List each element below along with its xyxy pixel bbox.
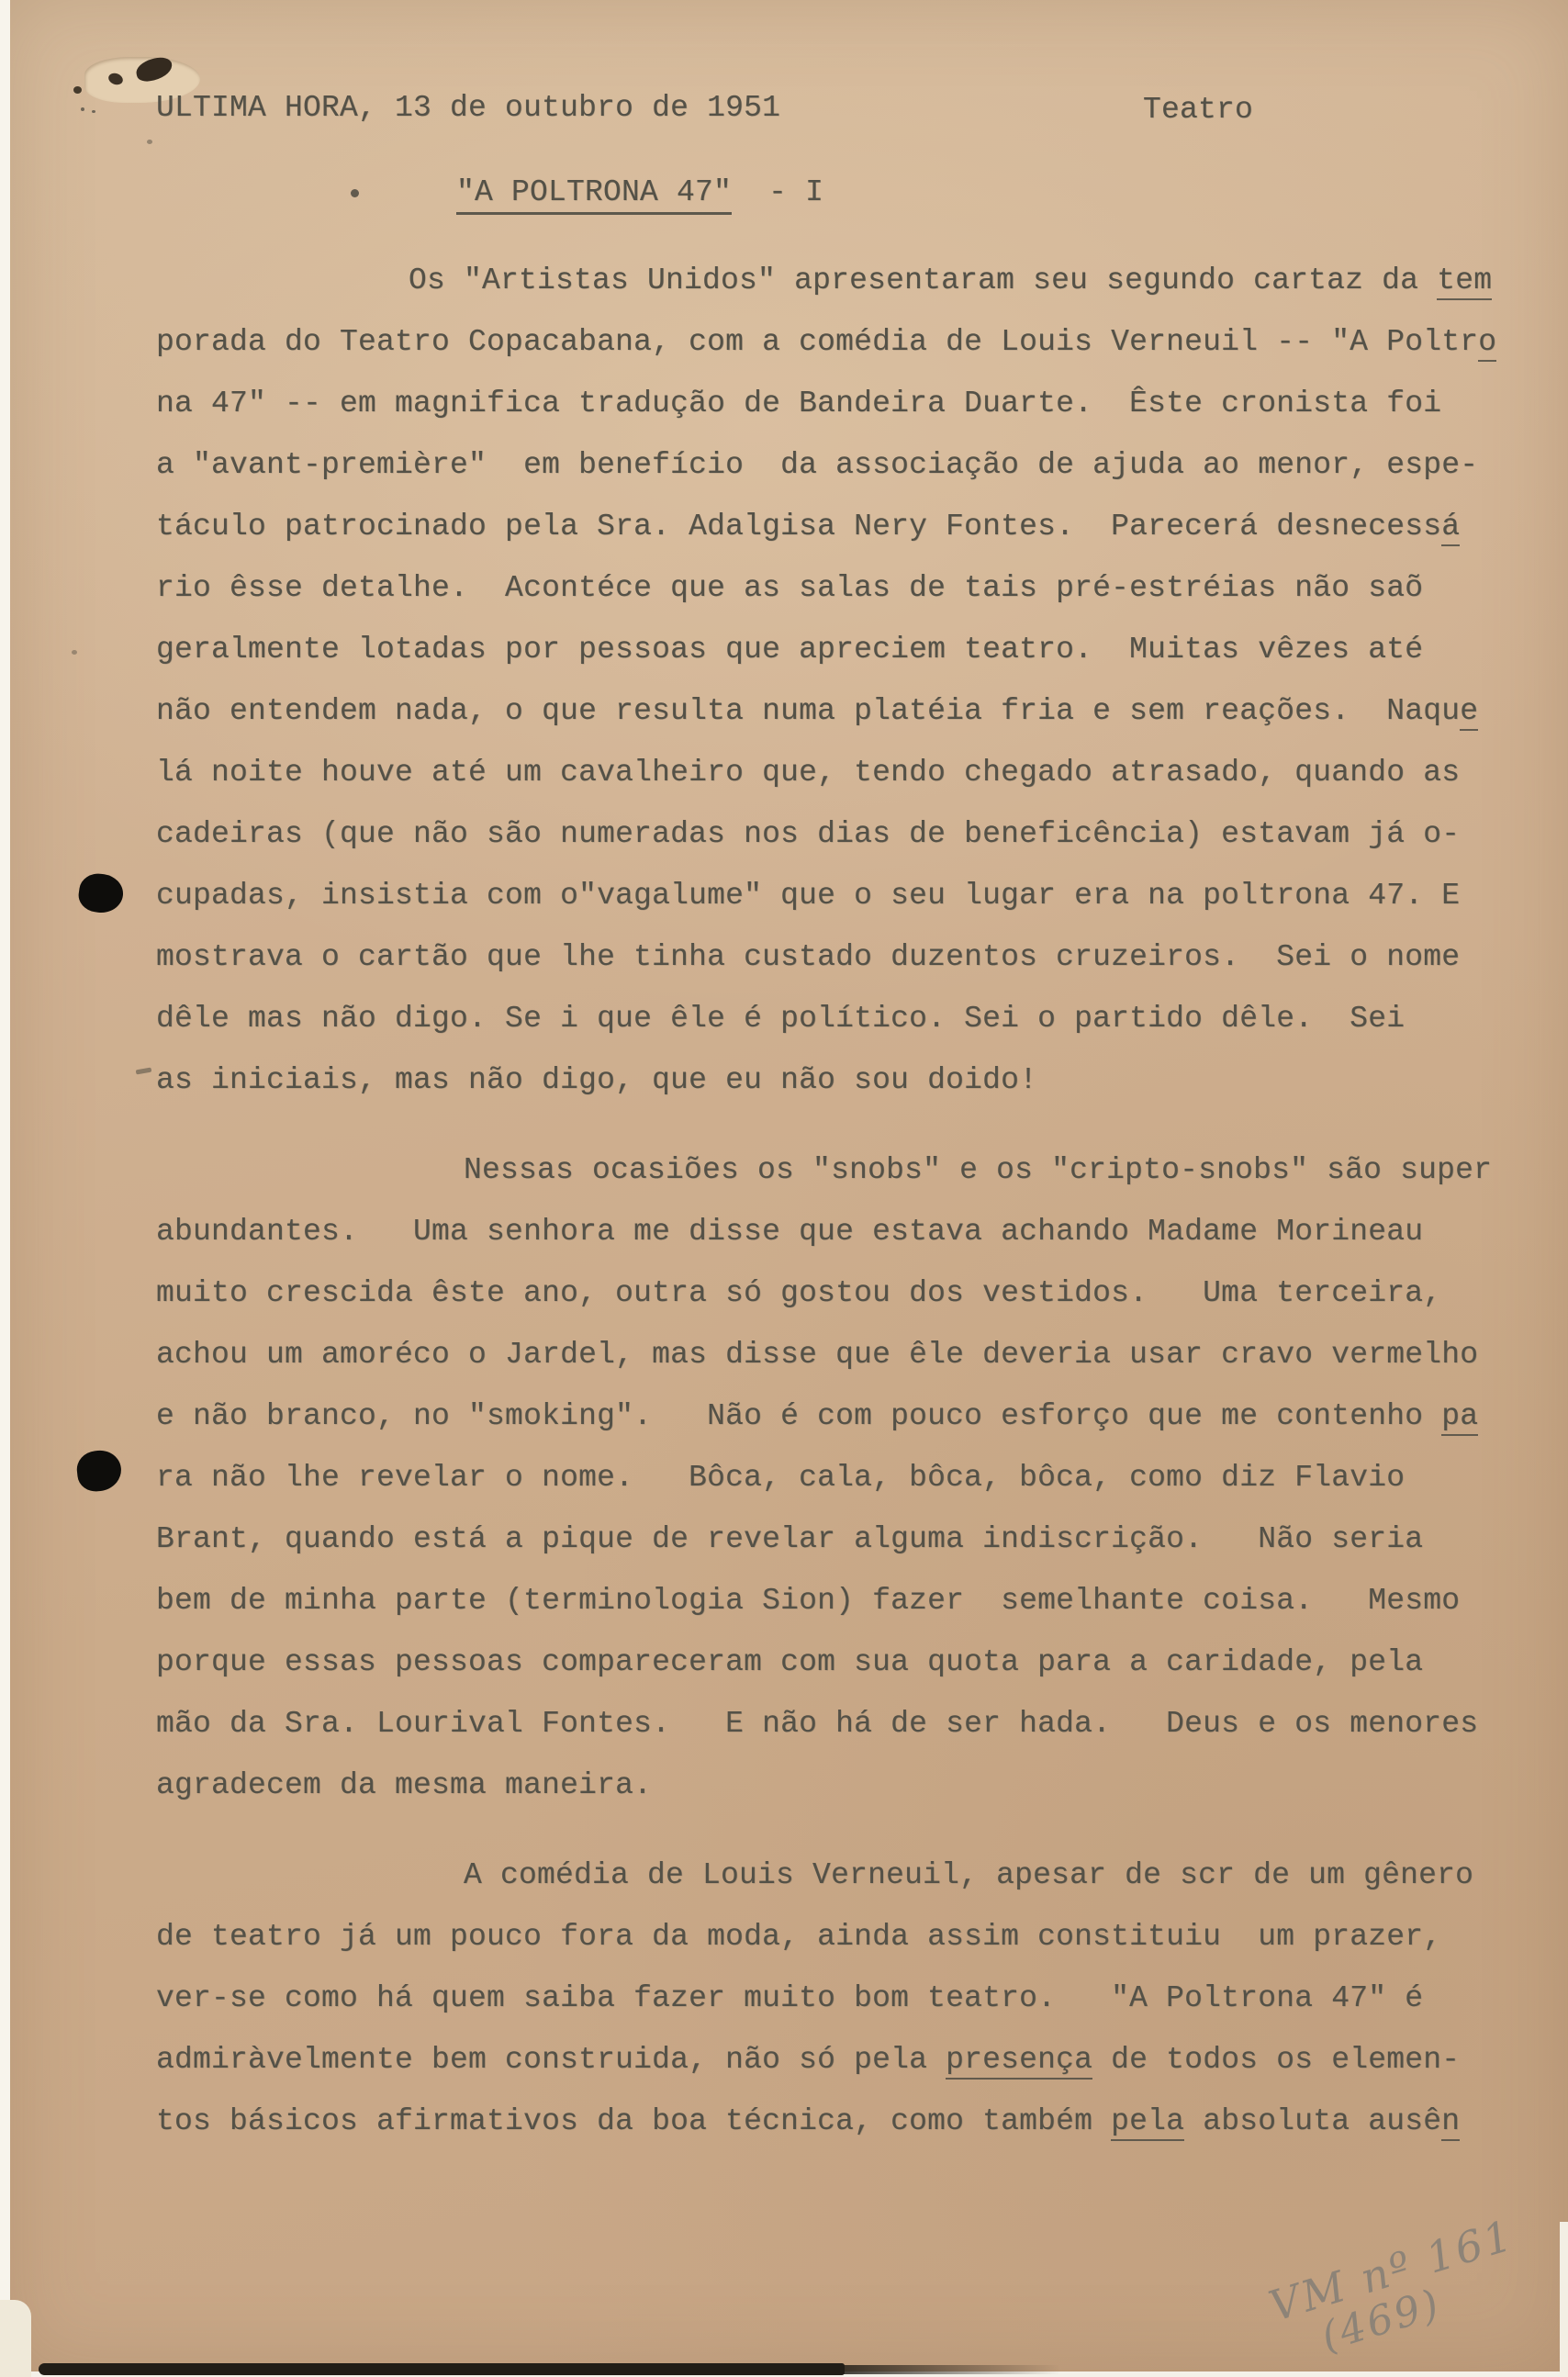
- scan-edge-right: [1560, 2222, 1568, 2377]
- text-line: A comédia de Louis Verneuil, apesar de s…: [156, 1844, 1540, 1906]
- article-title-part: - I: [732, 175, 823, 209]
- ink-blot-lower: [75, 1449, 123, 1494]
- text-line: mão da Sra. Lourival Fontes. E não há de…: [156, 1693, 1540, 1755]
- text-line: na 47" -- em magnifica tradução de Bande…: [156, 373, 1540, 434]
- ink-speck: [92, 110, 95, 113]
- typescript-page: ULTIMA HORA, 13 de outubro de 1951 Teatr…: [9, 0, 1568, 2371]
- text-line: a "avant-première" em benefício da assoc…: [156, 434, 1540, 496]
- scanned-document: ULTIMA HORA, 13 de outubro de 1951 Teatr…: [0, 0, 1568, 2377]
- title-bullet: [351, 189, 359, 197]
- text-line: as iniciais, mas não digo, que eu não so…: [156, 1049, 1540, 1111]
- text-line: lá noite houve até um cavalheiro que, te…: [156, 742, 1540, 803]
- text-line: e não branco, no "smoking". Não é com po…: [156, 1385, 1540, 1447]
- text-line: táculo patrocinado pela Sra. Adalgisa Ne…: [156, 496, 1540, 557]
- paragraph: A comédia de Louis Verneuil, apesar de s…: [156, 1844, 1540, 2152]
- margin-mark: [136, 1068, 152, 1075]
- ink-speck: [73, 86, 82, 94]
- text-line: Nessas ocasiões os "snobs" e os "cripto-…: [156, 1139, 1540, 1201]
- text-line: rio êsse detalhe. Acontéce que as salas …: [156, 557, 1540, 619]
- text-line: achou um amoréco o Jardel, mas disse que…: [156, 1324, 1540, 1385]
- underlined-text: pela: [1111, 2104, 1184, 2141]
- text-line: geralmente lotadas por pessoas que aprec…: [156, 619, 1540, 680]
- underlined-text: n: [1441, 2104, 1460, 2141]
- text-line: porada do Teatro Copacabana, com a coméd…: [156, 311, 1540, 373]
- ink-blot-upper: [76, 871, 125, 915]
- text-line: mostrava o cartão que lhe tinha custado …: [156, 926, 1540, 988]
- text-line: cadeiras (que não são numeradas nos dias…: [156, 803, 1540, 865]
- underlined-text: á: [1441, 510, 1460, 546]
- paragraph: Os "Artistas Unidos" apresentaram seu se…: [156, 250, 1540, 1111]
- scan-edge-bottom-left: [0, 2300, 31, 2377]
- underlined-text: o: [1478, 325, 1496, 362]
- ink-speck: [81, 107, 84, 111]
- text-line: tos básicos afirmativos da boa técnica, …: [156, 2091, 1540, 2152]
- paragraph: Nessas ocasiões os "snobs" e os "cripto-…: [156, 1139, 1540, 1816]
- text-line: de teatro já um pouco fora da moda, aind…: [156, 1906, 1540, 1968]
- underlined-text: pa: [1441, 1399, 1478, 1436]
- article-title: "A POLTRONA 47" - I: [456, 175, 823, 209]
- text-line: dêle mas não digo. Se i que êle é políti…: [156, 988, 1540, 1049]
- text-line: Brant, quando está a pique de revelar al…: [156, 1508, 1540, 1570]
- text-line: cupadas, insistia com o"vagalume" que o …: [156, 865, 1540, 926]
- text-line: agradecem da mesma maneira.: [156, 1755, 1540, 1816]
- scan-edge-left: [0, 0, 10, 2377]
- margin-mark: [72, 650, 77, 655]
- page-bottom-edge-fade: [840, 2365, 1060, 2374]
- text-line: bem de minha parte (terminologia Sion) f…: [156, 1570, 1540, 1631]
- article-title-text: "A POLTRONA 47": [456, 175, 732, 215]
- text-line: não entendem nada, o que resulta numa pl…: [156, 680, 1540, 742]
- text-line: ver-se como há quem saiba fazer muito bo…: [156, 1968, 1540, 2029]
- section-label: Teatro: [1143, 93, 1253, 127]
- text-line: muito crescida êste ano, outra só gostou…: [156, 1262, 1540, 1324]
- text-line: ra não lhe revelar o nome. Bôca, cala, b…: [156, 1447, 1540, 1508]
- publication-date-line: ULTIMA HORA, 13 de outubro de 1951: [156, 91, 780, 125]
- text-line: abundantes. Uma senhora me disse que est…: [156, 1201, 1540, 1262]
- text-line: porque essas pessoas compareceram com su…: [156, 1631, 1540, 1693]
- page-bottom-edge: [39, 2363, 845, 2375]
- underlined-text: tem: [1437, 263, 1492, 300]
- underlined-text: presença: [946, 2043, 1092, 2080]
- underlined-text: e: [1460, 694, 1478, 731]
- text-line: Os "Artistas Unidos" apresentaram seu se…: [156, 250, 1540, 311]
- text-line: admiràvelmente bem construida, não só pe…: [156, 2029, 1540, 2091]
- paper-fleck: [147, 140, 152, 144]
